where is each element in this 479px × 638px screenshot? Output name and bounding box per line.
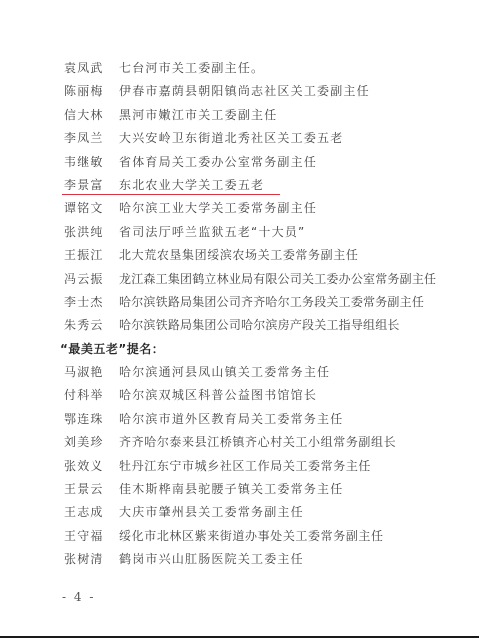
list-item: 王振江 北大荒农垦集团绥滨农场关工委常务副主任 (64, 244, 474, 267)
list-item: 李凤兰 大兴安岭卫东街道北秀社区关工委五老 (64, 127, 474, 150)
person-title: 七台河市关工委副主任。 (119, 57, 264, 80)
list-item: 张洪纯 省司法厅呼兰监狱五老“十大员” (64, 221, 474, 244)
section-heading-row: “最美五老”提名： (64, 338, 474, 361)
list-item: 付科举 哈尔滨双城区科普公益图书馆馆长 (64, 384, 474, 407)
person-name: 王振江 (64, 244, 114, 267)
person-name: 陈丽梅 (64, 80, 114, 103)
person-title: 齐齐哈尔泰来县江桥镇齐心村关工小组常务副组长 (119, 431, 396, 454)
document-page: 袁凤武 七台河市关工委副主任。 陈丽梅 伊春市嘉荫县朝阳镇尚志社区关工委副主任 … (0, 0, 479, 636)
person-title: 鹤岗市兴山肛肠医院关工委主任 (119, 548, 304, 571)
list-item: 韦继敏 省体育局关工委办公室常务副主任 (64, 151, 474, 174)
person-name: 李士杰 (64, 291, 114, 314)
person-name: 谭铭文 (64, 197, 114, 220)
person-name: 付科举 (64, 384, 114, 407)
person-name: 鄂连珠 (64, 408, 114, 431)
list-item: 陈丽梅 伊春市嘉荫县朝阳镇尚志社区关工委副主任 (64, 80, 474, 103)
list-item: 李士杰 哈尔滨铁路局集团公司齐齐哈尔工务段关工委常务副主任 (64, 291, 474, 314)
person-title: 黑河市嫩江市关工委副主任 (119, 104, 277, 127)
list-item: 张效义 牡丹江东宁市城乡社区工作局关工委常务主任 (64, 455, 474, 478)
person-name: 马淑艳 (64, 361, 114, 384)
person-name: 韦继敏 (64, 151, 114, 174)
person-name: 刘美珍 (64, 431, 114, 454)
nominee-list: 袁凤武 七台河市关工委副主任。 陈丽梅 伊春市嘉荫县朝阳镇尚志社区关工委副主任 … (64, 57, 474, 572)
list-item: 王景云 佳木斯桦南县驼腰子镇关工委常务主任 (64, 478, 474, 501)
person-title: 大兴安岭卫东街道北秀社区关工委五老 (119, 127, 343, 150)
list-item: 袁凤武 七台河市关工委副主任。 (64, 57, 474, 80)
person-name: 信大林 (64, 104, 114, 127)
person-name: 王志成 (64, 501, 114, 524)
person-title: 绥化市北林区紫来街道办事处关工委常务副主任 (119, 525, 384, 548)
person-title: 哈尔滨双城区科普公益图书馆馆长 (119, 384, 317, 407)
person-title: 伊春市嘉荫县朝阳镇尚志社区关工委副主任 (119, 80, 370, 103)
person-title: 省体育局关工委办公室常务副主任 (119, 151, 317, 174)
list-item: 谭铭文 哈尔滨工业大学关工委常务副主任 (64, 197, 474, 220)
list-item: 马淑艳 哈尔滨通河县凤山镇关工委常务主任 (64, 361, 474, 384)
list-item: 张树清 鹤岗市兴山肛肠医院关工委主任 (64, 548, 474, 571)
section-heading: “最美五老”提名： (60, 342, 164, 356)
list-item: 信大林 黑河市嫩江市关工委副主任 (64, 104, 474, 127)
list-item: 冯云振 龙江森工集团鹤立林业局有限公司关工委办公室常务副主任 (64, 268, 474, 291)
person-title: 哈尔滨铁路局集团公司哈尔滨房产段关工指导组组长 (119, 314, 400, 337)
person-name: 李凤兰 (64, 127, 114, 150)
person-name: 冯云振 (64, 268, 114, 291)
red-underline (62, 194, 280, 196)
person-name: 张洪纯 (64, 221, 114, 244)
page-number: - 4 - (62, 590, 95, 604)
person-title: 哈尔滨通河县凤山镇关工委常务主任 (119, 361, 330, 384)
list-item: 刘美珍 齐齐哈尔泰来县江桥镇齐心村关工小组常务副组长 (64, 431, 474, 454)
person-title: 哈尔滨工业大学关工委常务副主任 (119, 197, 317, 220)
list-item: 王守福 绥化市北林区紫来街道办事处关工委常务副主任 (64, 525, 474, 548)
person-name: 张树清 (64, 548, 114, 571)
list-item-highlighted: 李景富 东北农业大学关工委五老 (64, 174, 474, 197)
person-title: 牡丹江东宁市城乡社区工作局关工委常务主任 (119, 455, 371, 478)
list-item: 王志成 大庆市肇州县关工委常务副主任 (64, 501, 474, 524)
person-title: 哈尔滨市道外区教育局关工委常务主任 (119, 408, 343, 431)
person-title: 北大荒农垦集团绥滨农场关工委常务副主任 (119, 244, 358, 267)
person-title: 佳木斯桦南县驼腰子镇关工委常务主任 (119, 478, 343, 501)
person-name: 王景云 (64, 478, 114, 501)
person-title: 龙江森工集团鹤立林业局有限公司关工委办公室常务副主任 (119, 268, 436, 291)
list-item: 朱秀云 哈尔滨铁路局集团公司哈尔滨房产段关工指导组组长 (64, 314, 474, 337)
person-name: 张效义 (64, 455, 114, 478)
list-item: 鄂连珠 哈尔滨市道外区教育局关工委常务主任 (64, 408, 474, 431)
person-title: 哈尔滨铁路局集团公司齐齐哈尔工务段关工委常务副主任 (119, 291, 424, 314)
person-title: 省司法厅呼兰监狱五老“十大员” (119, 221, 305, 244)
person-name: 朱秀云 (64, 314, 114, 337)
person-title: 大庆市肇州县关工委常务副主任 (119, 501, 304, 524)
person-name: 王守福 (64, 525, 114, 548)
person-name: 袁凤武 (64, 57, 114, 80)
